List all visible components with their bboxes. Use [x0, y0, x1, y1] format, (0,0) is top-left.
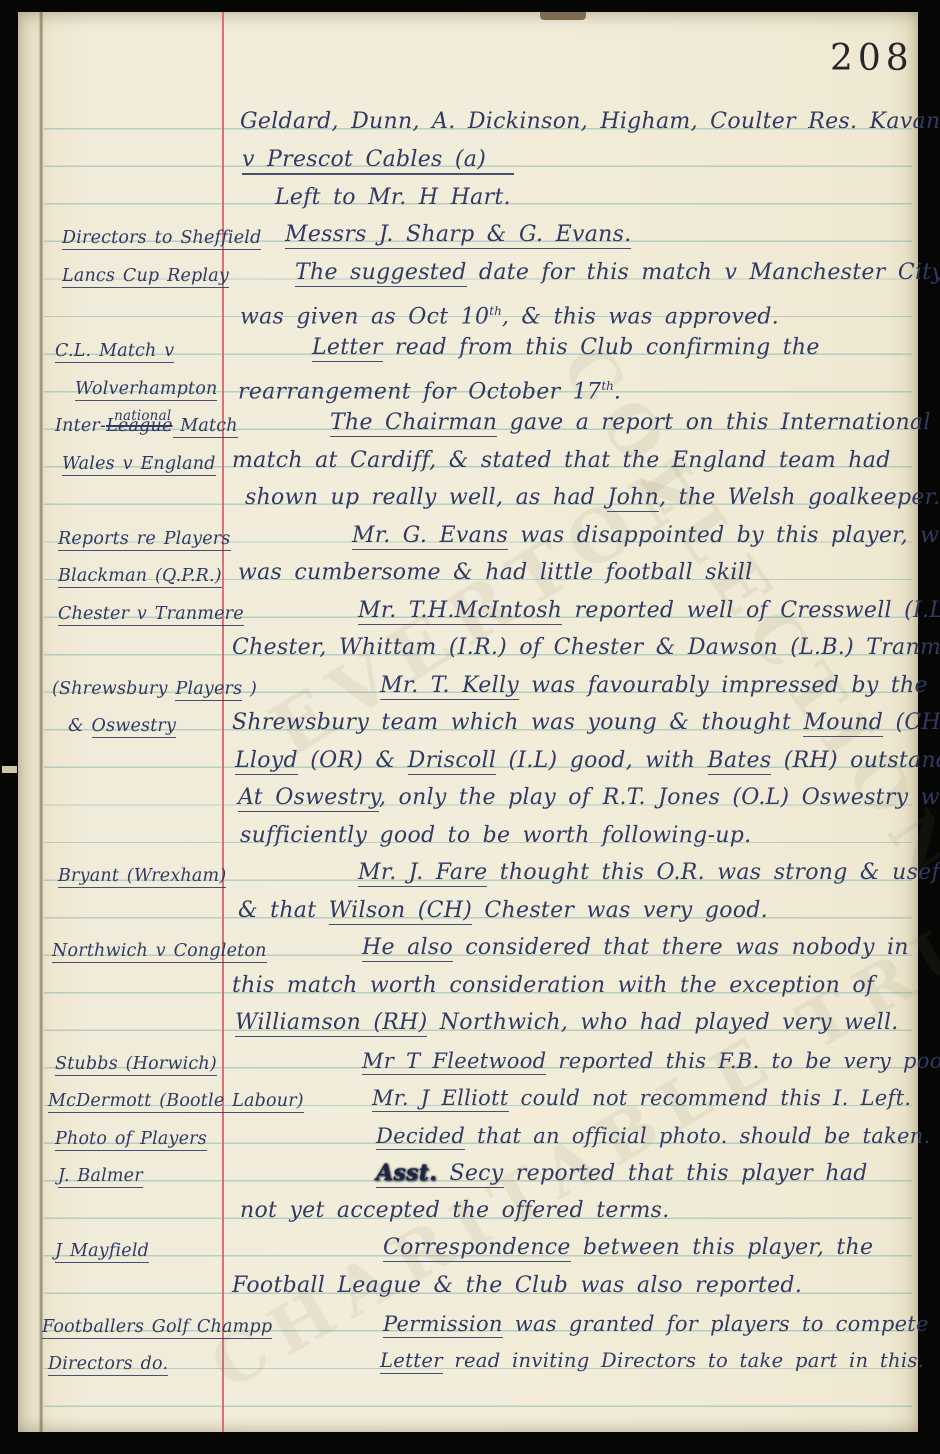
text-segment: rearrangement for October 17 — [238, 379, 601, 404]
text-segment: was granted for players to compete — [503, 1312, 929, 1336]
margin-heading: Blackman (Q.P.R.) — [58, 562, 222, 590]
text-segment: Leaguenational — [106, 416, 172, 436]
text-segment: . — [614, 379, 621, 404]
minute-text-line: Permission was granted for players to co… — [383, 1310, 929, 1338]
minute-text-line: this match worth consideration with the … — [232, 972, 874, 1000]
text-segment: reported well of Cresswell (I.L) — [562, 598, 940, 623]
minute-text-line: Football League & the Club was also repo… — [232, 1272, 802, 1300]
minute-text-line: Geldard, Dunn, A. Dickinson, Higham, Cou… — [240, 108, 940, 136]
text-segment: The suggested — [295, 260, 467, 287]
text-segment: Shrewsbury team which was young & though… — [232, 710, 803, 735]
text-segment: Driscoll — [408, 748, 497, 775]
text-segment: Letter — [312, 335, 383, 362]
minute-text-line: Mr. T.H.McIntosh reported well of Cressw… — [358, 597, 940, 625]
text-segment: was favourably impressed by the — [519, 673, 928, 698]
minute-text-line: sufficiently good to be worth following-… — [240, 822, 751, 850]
minute-text-line: Correspondence between this player, the — [383, 1234, 873, 1262]
margin-heading: Lancs Cup Replay — [62, 262, 229, 290]
margin-heading: Inter-Leaguenational Match — [55, 412, 238, 440]
text-segment: & — [68, 716, 92, 736]
text-segment: Inter- — [55, 416, 106, 436]
text-segment: Directors to Sheffield — [62, 228, 261, 250]
text-segment: Mr. T. Kelly — [380, 673, 519, 700]
text-segment: Williamson (RH) — [235, 1010, 427, 1037]
minute-text-line: was cumbersome & had little football ski… — [238, 559, 752, 587]
text-segment: Correspondence — [383, 1235, 571, 1262]
text-segment: Oswestry — [92, 716, 177, 738]
text-segment: match at Cardiff, & stated that the Engl… — [232, 448, 891, 473]
text-segment: ) — [242, 679, 257, 699]
margin-heading: (Shrewsbury Players ) — [52, 675, 257, 703]
text-segment: Football League & the Club was also repo… — [232, 1273, 802, 1298]
text-segment: Blackman (Q.P.R.) — [58, 566, 222, 588]
margin-heading: Photo of Players — [55, 1125, 207, 1153]
minute-text-line: Asst. Secy reported that this player had — [376, 1159, 868, 1188]
margin-heading: Wolverhampton — [75, 375, 217, 403]
document-scan: EVERTON COLLECTION CHARITABLE TRUST 208 … — [0, 0, 940, 1454]
minute-text-line: shown up really well, as had John, the W… — [245, 484, 940, 512]
margin-heading: Footballers Golf Champp — [42, 1313, 272, 1341]
text-segment: Match — [173, 416, 238, 438]
minute-text-line: Lloyd (OR) & Driscoll (I.L) good, with B… — [235, 747, 940, 775]
text-segment: Chester, Whittam (I.R.) of Chester & Daw… — [232, 635, 940, 660]
minute-text-line: Letter read inviting Directors to take p… — [380, 1347, 924, 1375]
text-segment: The Chairman — [330, 410, 497, 437]
minute-text-line: Williamson (RH) Northwich, who had playe… — [235, 1009, 899, 1037]
text-segment: Left to Mr. H Hart. — [275, 185, 511, 210]
rows-layer: Geldard, Dunn, A. Dickinson, Higham, Cou… — [0, 0, 940, 1454]
minute-text-line: & that Wilson (CH) Chester was very good… — [238, 897, 768, 925]
text-segment: date for this match v Manchester City — [467, 260, 940, 285]
text-segment: Messrs J. Sharp & G. Evans. — [285, 222, 631, 249]
minute-text-line: The Chairman gave a report on this Inter… — [330, 409, 931, 437]
text-segment: was disappointed by this player, who — [508, 523, 940, 548]
text-segment: Wales v England — [62, 454, 216, 476]
text-segment: Footballers Golf Champp — [42, 1317, 272, 1339]
text-segment: Chester was very good. — [472, 898, 768, 923]
minute-text-line: Messrs J. Sharp & G. Evans. — [285, 221, 631, 249]
minute-text-line: rearrangement for October 17th. — [238, 372, 621, 406]
minute-text-line: match at Cardiff, & stated that the Engl… — [232, 447, 891, 475]
minute-text-line: Mr. G. Evans was disappointed by this pl… — [352, 522, 940, 550]
text-segment: gave a report on this International — [497, 410, 930, 435]
text-segment: (Shrewsbury — [52, 679, 175, 699]
text-segment: Bates — [708, 748, 772, 775]
minute-text-line: He also considered that there was nobody… — [362, 934, 909, 962]
text-segment: read inviting Directors to take part in … — [443, 1349, 924, 1372]
text-segment: shown up really well, as had — [245, 485, 607, 510]
minute-text-line: Letter read from this Club confirming th… — [312, 334, 820, 362]
minute-text-line: Chester, Whittam (I.R.) of Chester & Daw… — [232, 634, 940, 662]
text-segment: Mound — [803, 710, 883, 737]
text-segment: Chester v Tranmere — [58, 604, 244, 626]
minute-text-line: Shrewsbury team which was young & though… — [232, 709, 940, 737]
text-segment: C.L. Match v — [55, 341, 174, 363]
minute-text-line: Decided that an official photo. should b… — [376, 1122, 931, 1150]
text-segment: th — [489, 304, 502, 318]
text-segment: (OR) & — [298, 748, 408, 773]
minute-text-line: Mr. T. Kelly was favourably impressed by… — [380, 672, 928, 700]
text-segment: J. Balmer — [58, 1166, 143, 1188]
text-segment: thought this O.R. was strong & useful — [487, 860, 940, 885]
text-segment: & that — [238, 898, 329, 923]
text-segment: , & this was approved. — [502, 304, 779, 329]
text-segment: Bryant (Wrexham) — [58, 866, 226, 888]
text-segment: (RH) outstanding. — [771, 748, 940, 773]
text-segment: Lloyd — [235, 748, 298, 775]
text-segment: sufficiently good to be worth following-… — [240, 823, 751, 848]
text-segment: (I.L) good, with — [496, 748, 707, 773]
minute-text-line: v Prescot Cables (a) — [242, 146, 514, 174]
text-segment: considered that there was nobody in — [453, 935, 909, 960]
text-segment: between this player, the — [571, 1235, 874, 1260]
margin-heading: Reports re Players — [58, 525, 231, 553]
minute-text-line: The suggested date for this match v Manc… — [295, 259, 940, 287]
minute-text-line: Left to Mr. H Hart. — [275, 184, 511, 212]
inserted-word: national — [114, 402, 171, 431]
text-segment: was given as Oct 10 — [240, 304, 489, 329]
text-segment: Asst. — [376, 1160, 437, 1188]
margin-heading: J Mayfield — [55, 1237, 149, 1265]
text-segment: reported this F.B. to be very poor — [546, 1049, 940, 1073]
minute-text-line: was given as Oct 10th, & this was approv… — [240, 297, 779, 331]
text-segment: read from this Club confirming the — [383, 335, 820, 360]
text-segment: Mr. J Elliott — [372, 1086, 509, 1112]
margin-heading: Directors do. — [48, 1350, 168, 1378]
text-segment: Reports re Players — [58, 529, 231, 551]
margin-heading: Bryant (Wrexham) — [58, 862, 226, 890]
text-segment: Secy — [437, 1161, 503, 1188]
text-segment: th — [601, 379, 614, 393]
text-segment: J Mayfield — [55, 1241, 149, 1263]
text-segment: Geldard, Dunn, A. Dickinson, Higham, Cou… — [240, 109, 940, 134]
text-segment: Northwich, who had played very well. — [427, 1010, 898, 1035]
text-segment: (CH) — [883, 710, 940, 735]
margin-heading: C.L. Match v — [55, 337, 174, 365]
text-segment: Decided — [376, 1124, 465, 1150]
margin-heading: Chester v Tranmere — [58, 600, 244, 628]
text-segment: reported that this player had — [504, 1161, 868, 1186]
text-segment: v Prescot Cables (a) — [242, 147, 514, 175]
text-segment: Directors do. — [48, 1354, 168, 1376]
text-segment: was cumbersome & had little football ski… — [238, 560, 752, 585]
minute-text-line: Mr. J Elliott could not recommend this I… — [372, 1084, 911, 1112]
minute-text-line: not yet accepted the offered terms. — [240, 1197, 670, 1225]
text-segment: Mr. G. Evans — [352, 523, 508, 550]
text-segment: McDermott (Bootle Labour) — [48, 1091, 304, 1113]
text-segment: Players — [175, 679, 242, 701]
text-segment: , only the play of R.T. Jones (O.L) Oswe… — [379, 785, 940, 810]
text-segment: could not recommend this I. Left. — [509, 1086, 912, 1110]
text-segment: this match worth consideration with the … — [232, 973, 874, 998]
text-segment: Wolverhampton — [75, 379, 217, 401]
margin-heading: Directors to Sheffield — [62, 224, 261, 252]
text-segment: Lancs Cup Replay — [62, 266, 229, 288]
text-segment: not yet accepted the offered terms. — [240, 1198, 670, 1223]
minute-text-line: Mr. J. Fare thought this O.R. was strong… — [358, 859, 940, 887]
minute-text-line: At Oswestry, only the play of R.T. Jones… — [238, 784, 940, 812]
text-segment: Permission — [383, 1312, 503, 1338]
text-segment: Northwich v Congleton — [52, 941, 267, 963]
text-segment: Mr. J. Fare — [358, 860, 487, 887]
text-segment: Mr. T.H.McIntosh — [358, 598, 562, 625]
margin-heading: & Oswestry — [68, 712, 176, 740]
text-segment: that an official photo. should be taken. — [465, 1124, 930, 1148]
text-segment: Mr T Fleetwood — [362, 1049, 546, 1075]
text-segment: He also — [362, 935, 453, 962]
text-segment: Wilson (CH) — [329, 898, 472, 925]
margin-heading: Northwich v Congleton — [52, 937, 267, 965]
margin-heading: Stubbs (Horwich) — [55, 1050, 217, 1078]
margin-heading: Wales v England — [62, 450, 216, 478]
text-segment: Letter — [380, 1349, 443, 1374]
margin-heading: McDermott (Bootle Labour) — [48, 1087, 304, 1115]
text-segment: At Oswestry — [238, 785, 379, 812]
text-segment: Photo of Players — [55, 1129, 207, 1151]
text-segment: Stubbs (Horwich) — [55, 1054, 217, 1076]
text-segment: , the Welsh goalkeeper. — [659, 485, 940, 510]
text-segment: John — [607, 485, 659, 512]
margin-heading: J. Balmer — [58, 1162, 143, 1190]
minute-text-line: Mr T Fleetwood reported this F.B. to be … — [362, 1047, 940, 1075]
